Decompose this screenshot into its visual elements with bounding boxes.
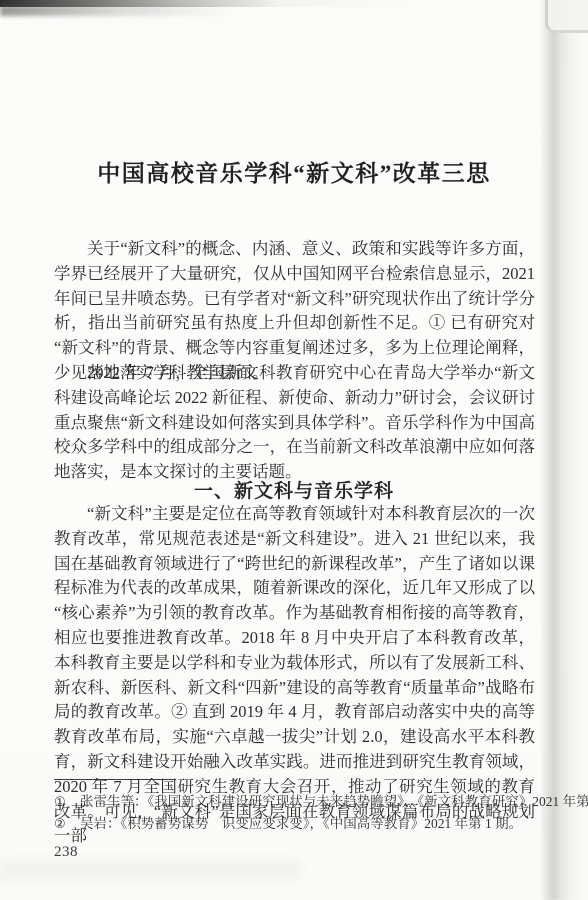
footnote-1-marker: ①: [54, 791, 80, 813]
footnote-1-text: 张雷生等：《我国新文科建设研究现状与未来趋势瞻望》，《新文科教育研究》2021 …: [80, 791, 588, 813]
footnote-2: ② 吴岩：《积势蓄势谋势 识变应变求变》，《中国高等教育》2021 年第 1 期…: [54, 813, 574, 835]
scanned-book-page: 中国高校音乐学科“新文科”改革三思 关于“新文科”的概念、内涵、意义、政策和实践…: [0, 0, 588, 900]
footnote-2-text: 吴岩：《积势蓄势谋势 识变应变求变》，《中国高等教育》2021 年第 1 期。: [80, 813, 522, 835]
footnotes: ① 张雷生等：《我国新文科建设研究现状与未来趋势瞻望》，《新文科教育研究》202…: [54, 791, 574, 835]
footnote-1: ① 张雷生等：《我国新文科建设研究现状与未来趋势瞻望》，《新文科教育研究》202…: [54, 791, 574, 813]
scan-artifact-right-fold-shadow: [540, 0, 588, 900]
footnote-2-marker: ②: [54, 813, 80, 835]
scan-artifact-top-right-corner: [545, 0, 588, 33]
scan-artifact-top-left-shadow: [0, 5, 270, 16]
scan-artifact-bottom-smudge: [0, 860, 300, 880]
footnote-divider: [54, 779, 176, 780]
section-heading: 一、新文科与音乐学科: [0, 476, 588, 503]
intro-paragraph-2: 2022 年 7 月，全国新文科教育研究中心在青岛大学举办“新文科建设高峰论坛 …: [54, 361, 535, 485]
page-number: 238: [54, 844, 78, 861]
article-title: 中国高校音乐学科“新文科”改革三思: [0, 155, 588, 188]
